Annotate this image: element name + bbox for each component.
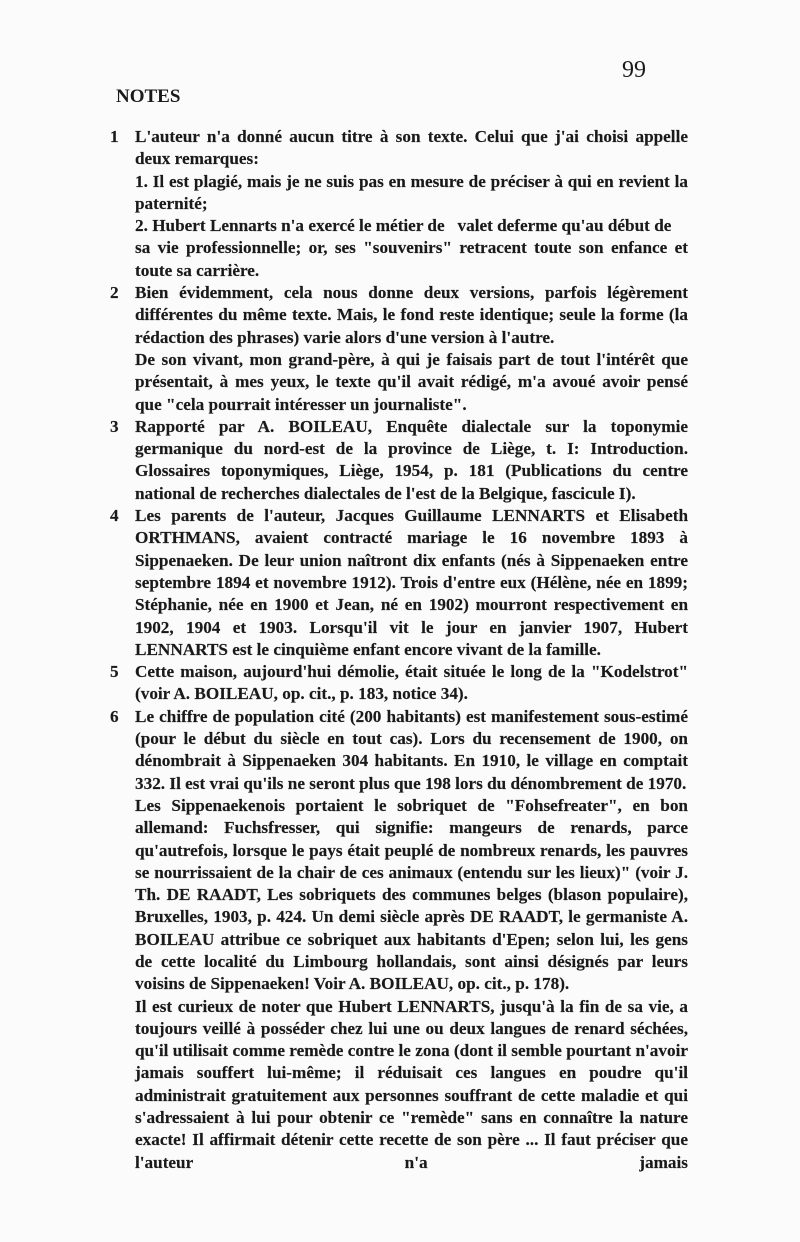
note-number: 6	[110, 706, 130, 728]
note-number: 2	[110, 282, 130, 304]
note-paragraph: Les Sippenaekenois portaient le sobrique…	[135, 795, 688, 996]
note-4: 4 Les parents de l'auteur, Jacques Guill…	[110, 505, 688, 661]
note-paragraph: Le chiffre de population cité (200 habit…	[135, 706, 688, 795]
note-paragraph: Bien évidemment, cela nous donne deux ve…	[135, 282, 688, 349]
note-paragraph: Cette maison, aujourd'hui démolie, était…	[135, 661, 688, 706]
note-paragraph: 2. Hubert Lennarts n'a exercé le métier …	[135, 215, 688, 237]
note-number: 5	[110, 661, 130, 683]
notes-heading: NOTES	[116, 86, 180, 108]
note-number: 1	[110, 126, 130, 148]
note-number: 4	[110, 505, 130, 527]
note-3: 3 Rapporté par A. BOILEAU, Enquête diale…	[110, 416, 688, 505]
note-paragraph: Les parents de l'auteur, Jacques Guillau…	[135, 505, 688, 661]
notes-list: 1 L'auteur n'a donné aucun titre à son t…	[110, 126, 688, 1174]
note-paragraph: Rapporté par A. BOILEAU, Enquête dialect…	[135, 416, 688, 505]
note-paragraph: 1. Il est plagié, mais je ne suis pas en…	[135, 171, 688, 216]
note-paragraph: sa vie professionnelle; or, ses "souveni…	[135, 237, 688, 282]
note-2: 2 Bien évidemment, cela nous donne deux …	[110, 282, 688, 416]
note-paragraph: De son vivant, mon grand-père, à qui je …	[135, 349, 688, 416]
note-paragraph: L'auteur n'a donné aucun titre à son tex…	[135, 126, 688, 171]
note-5: 5 Cette maison, aujourd'hui démolie, éta…	[110, 661, 688, 706]
note-6: 6 Le chiffre de population cité (200 hab…	[110, 706, 688, 1174]
note-1: 1 L'auteur n'a donné aucun titre à son t…	[110, 126, 688, 282]
note-number: 3	[110, 416, 130, 438]
note-paragraph: Il est curieux de noter que Hubert LENNA…	[135, 996, 688, 1174]
page-number: 99	[622, 57, 646, 84]
